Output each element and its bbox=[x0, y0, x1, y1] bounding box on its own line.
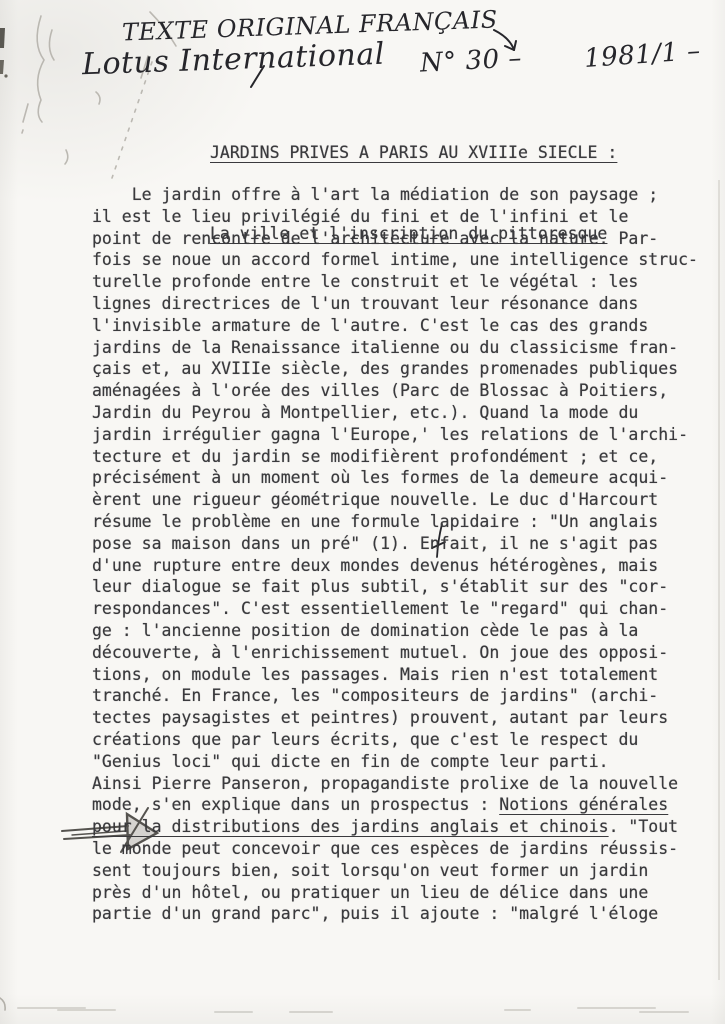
body-line: l'invisible armature de l'autre. C'est l… bbox=[92, 315, 698, 337]
body-line: ge : l'ancienne position de domination c… bbox=[92, 620, 698, 642]
body-line: tecture et du jardin se modifièrent prof… bbox=[92, 446, 698, 468]
body-line: "Genius loci" qui dicte en fin de compte… bbox=[92, 751, 698, 773]
body-line: Le jardin offre à l'art la médiation de … bbox=[92, 184, 698, 206]
title-line-1: JARDINS PRIVES A PARIS AU XVIIIe SIECLE … bbox=[210, 139, 617, 166]
scanned-page: TEXTE ORIGINAL FRANÇAIS Lotus Internatio… bbox=[0, 0, 725, 1024]
body-line: partie d'un grand parc", puis il ajoute … bbox=[92, 903, 698, 925]
body-line: respondances". C'est essentiellement le … bbox=[92, 598, 698, 620]
scan-edge-artifacts bbox=[0, 28, 8, 1010]
body-line: le monde peut concevoir que ces espèces … bbox=[92, 838, 698, 860]
body-line: tectes paysagistes et peintres) prouvent… bbox=[92, 707, 698, 729]
body-line: lignes directrices de l'un trouvant leur… bbox=[92, 293, 698, 315]
body-line: pose sa maison dans un pré" (1). Enfait,… bbox=[92, 533, 698, 555]
body-line: fois se noue un accord formel intime, un… bbox=[92, 249, 698, 271]
body-line: turelle profonde entre le construit et l… bbox=[92, 271, 698, 293]
body-line: jardins de la Renaissance italienne ou d… bbox=[92, 337, 698, 359]
body-line: il est le lieu privilégié du fini et de … bbox=[92, 206, 698, 228]
body-line: d'une rupture entre deux mondes devenus … bbox=[92, 555, 698, 577]
body-line: Ainsi Pierre Panseron, propagandiste pro… bbox=[92, 773, 698, 795]
handwritten-issue-number: N° 30 – bbox=[419, 43, 522, 78]
body-line: çais et, au XVIIIe siècle, des grandes p… bbox=[92, 358, 698, 380]
body-line: leur dialogue se fait plus subtil, s'éta… bbox=[92, 576, 698, 598]
body-line: découverte, à l'enrichissement mutuel. O… bbox=[92, 642, 698, 664]
body-line: jardin irrégulier gagna l'Europe,' les r… bbox=[92, 424, 698, 446]
handwritten-year: 1981/1 – bbox=[583, 36, 702, 74]
body-line: résume le problème en une formule lapida… bbox=[92, 511, 698, 533]
body-line: pour la distributions des jardins anglai… bbox=[92, 816, 698, 838]
body-line: sent toujours bien, soit lorsqu'on veut … bbox=[92, 860, 698, 882]
body-line: tions, on module les passages. Mais rien… bbox=[92, 664, 698, 686]
body-line: précisément à un moment où les formes de… bbox=[92, 467, 698, 489]
body-line: mode, s'en explique dans un prospectus :… bbox=[92, 794, 698, 816]
body-text: Le jardin offre à l'art la médiation de … bbox=[92, 184, 698, 925]
body-line: point de rencontre de l'architecture ave… bbox=[92, 228, 698, 250]
body-line: créations que par leurs écrits, que c'es… bbox=[92, 729, 698, 751]
body-line: Jardin du Peyrou à Montpellier, etc.). Q… bbox=[92, 402, 698, 424]
body-line: èrent une rigueur géométrique nouvelle. … bbox=[92, 489, 698, 511]
body-line: aménagées à l'orée des villes (Parc de B… bbox=[92, 380, 698, 402]
body-line: tranché. En France, les "compositeurs de… bbox=[92, 685, 698, 707]
body-line: près d'un hôtel, ou pratiquer un lieu de… bbox=[92, 882, 698, 904]
